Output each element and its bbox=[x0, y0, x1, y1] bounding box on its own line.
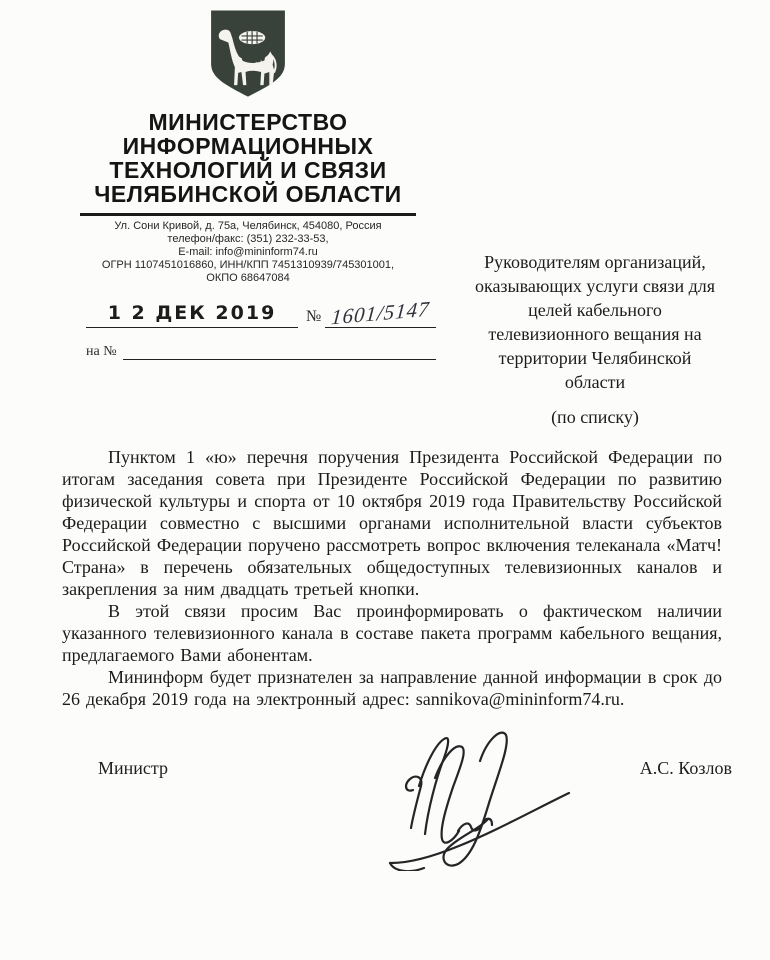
outgoing-reference-row: 1 2 ДЕК 2019 № 1601/5147 bbox=[86, 301, 436, 328]
body-paragraph: Пунктом 1 «ю» перечня поручения Президен… bbox=[62, 446, 722, 600]
email-line: E-mail: info@mininform74.ru bbox=[60, 246, 436, 259]
contact-address-block: Ул. Сони Кривой, д. 75а, Челябинск, 4540… bbox=[60, 220, 436, 285]
phone-line: телефон/факс: (351) 232-33-53, bbox=[60, 233, 436, 246]
reply-to-label: на № bbox=[86, 344, 117, 360]
ministry-name: МИНИСТЕРСТВО ИНФОРМАЦИОННЫХ ТЕХНОЛОГИЙ И… bbox=[60, 110, 436, 206]
addressee-line: области bbox=[445, 370, 745, 394]
reply-to-blank-line bbox=[123, 342, 436, 360]
letter-page: МИНИСТЕРСТВО ИНФОРМАЦИОННЫХ ТЕХНОЛОГИЙ И… bbox=[0, 0, 770, 960]
okpo-line: ОКПО 68647084 bbox=[60, 272, 436, 285]
body-paragraph: В этой связи просим Вас проинформировать… bbox=[62, 600, 722, 666]
addressee-line: оказывающих услуги связи для bbox=[445, 274, 745, 298]
outgoing-number-field: 1601/5147 bbox=[325, 301, 436, 328]
signer-name: А.С. Козлов bbox=[640, 758, 732, 779]
mailing-list-note: (по списку) bbox=[445, 405, 745, 429]
address-line: Ул. Сони Кривой, д. 75а, Челябинск, 4540… bbox=[60, 220, 436, 233]
ministry-name-line: ИНФОРМАЦИОННЫХ bbox=[60, 134, 436, 158]
addressee-line: целей кабельного bbox=[445, 298, 745, 322]
addressee-line: телевизионного вещания на bbox=[445, 322, 745, 346]
addressee-line: Руководителям организаций, bbox=[445, 250, 745, 274]
letterhead-divider bbox=[80, 213, 416, 216]
ministry-name-line: ТЕХНОЛОГИЙ И СВЯЗИ bbox=[60, 158, 436, 182]
reply-to-row: на № bbox=[86, 342, 436, 360]
date-stamp-field: 1 2 ДЕК 2019 bbox=[86, 302, 298, 328]
ministry-name-line: ЧЕЛЯБИНСКОЙ ОБЛАСТИ bbox=[60, 182, 436, 206]
ogrn-inn-line: ОГРН 1107451016860, ИНН/КПП 7451310939/7… bbox=[60, 259, 436, 272]
coat-of-arms-emblem bbox=[60, 6, 436, 102]
ministry-name-line: МИНИСТЕРСТВО bbox=[60, 110, 436, 134]
signature-autograph bbox=[383, 716, 573, 871]
date-stamp: 1 2 ДЕК 2019 bbox=[108, 302, 277, 324]
letterhead: МИНИСТЕРСТВО ИНФОРМАЦИОННЫХ ТЕХНОЛОГИЙ И… bbox=[60, 6, 436, 360]
number-sign: № bbox=[306, 308, 321, 326]
addressee-line: территории Челябинской bbox=[445, 346, 745, 370]
letter-body: Пунктом 1 «ю» перечня поручения Президен… bbox=[62, 446, 722, 710]
addressee-block: Руководителям организаций, оказывающих у… bbox=[445, 250, 745, 429]
body-paragraph: Мининформ будет признателен за направлен… bbox=[62, 666, 722, 710]
camel-shield-icon bbox=[207, 6, 289, 102]
handwritten-outgoing-number: 1601/5147 bbox=[330, 297, 431, 331]
signer-position-title: Министр bbox=[98, 758, 168, 779]
